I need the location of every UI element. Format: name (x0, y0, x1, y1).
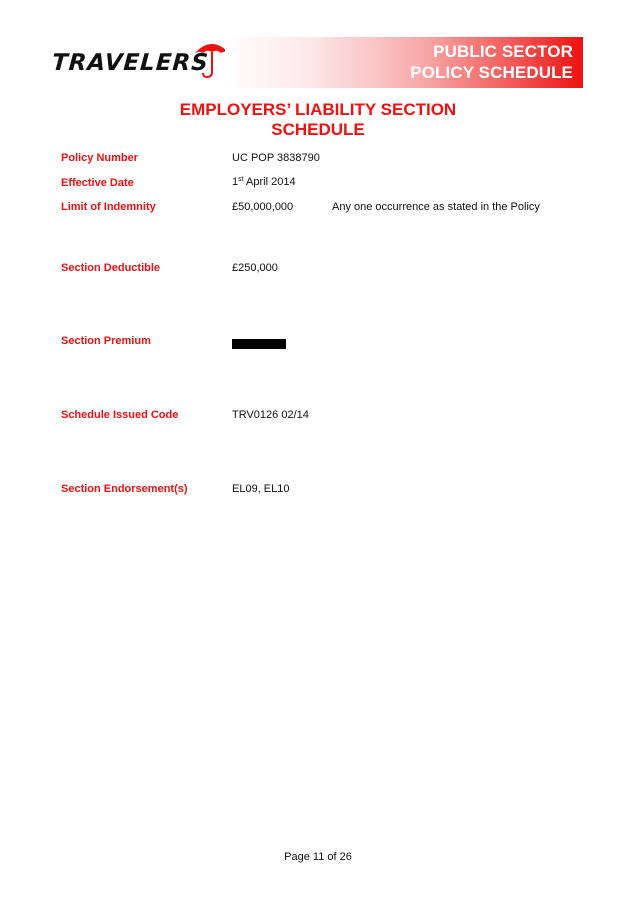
section-title: EMPLOYERS’ LIABILITY SECTION SCHEDULE (0, 100, 636, 140)
schedule-issued-code-label: Schedule Issued Code (61, 409, 178, 421)
section-premium-label: Section Premium (61, 335, 151, 347)
section-title-line2: SCHEDULE (0, 120, 636, 140)
brand-name: TRAVELERS (51, 50, 210, 76)
section-endorsements-value: EL09, EL10 (232, 483, 290, 495)
limit-of-indemnity-note: Any one occurrence as stated in the Poli… (332, 201, 540, 213)
section-title-line1: EMPLOYERS’ LIABILITY SECTION (0, 100, 636, 120)
section-deductible-label: Section Deductible (61, 262, 160, 274)
section-endorsements-label: Section Endorsement(s) (61, 483, 188, 495)
header-title-line1: PUBLIC SECTOR (410, 41, 573, 62)
effective-date-rest: April 2014 (244, 176, 296, 188)
header-banner: PUBLIC SECTOR POLICY SCHEDULE (225, 37, 583, 88)
page-number: Page 11 of 26 (0, 851, 636, 863)
travelers-logo: TRAVELERS (52, 36, 232, 86)
section-deductible-value: £250,000 (232, 262, 278, 274)
policy-number-label: Policy Number (61, 152, 138, 164)
document-page: TRAVELERS PUBLIC SECTOR POLICY SCHEDULE … (0, 0, 636, 900)
limit-of-indemnity-value: £50,000,000 (232, 201, 293, 213)
header-title-line2: POLICY SCHEDULE (410, 62, 573, 83)
effective-date-label: Effective Date (61, 177, 134, 189)
effective-date-value: 1st April 2014 (232, 176, 296, 188)
schedule-issued-code-value: TRV0126 02/14 (232, 409, 309, 421)
section-premium-redacted-value (232, 339, 286, 349)
header-title: PUBLIC SECTOR POLICY SCHEDULE (410, 41, 573, 83)
policy-number-value: UC POP 3838790 (232, 152, 320, 164)
limit-of-indemnity-label: Limit of Indemnity (61, 201, 156, 213)
